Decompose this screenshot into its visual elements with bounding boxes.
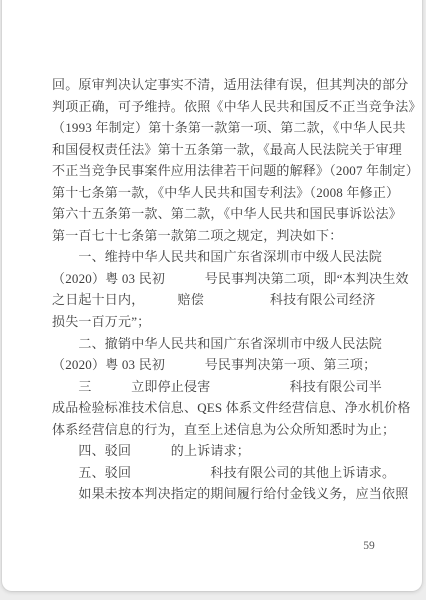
judgment-line: 成品检验标准技术信息、QES 体系文件经营信息、净水机价格	[52, 397, 398, 419]
judgment-line: （2020）粤 03 民初 号民事判决第一项、第三项；	[52, 354, 398, 376]
judgment-line-item-3: 三 立即停止侵害 科技有限公司半	[52, 376, 398, 398]
judgment-line: 体系经营信息的行为，直至上述信息为公众所知悉时为止；	[52, 419, 398, 441]
judgment-line-item-4: 四、驳回 的上诉请求；	[52, 440, 398, 462]
judgment-page: 回。原审判决认定事实不清，适用法律有误，但其判决的部分 判项正确，可予维持。依照…	[2, 0, 422, 591]
page-number: 59	[354, 540, 384, 552]
judgment-line: 之日起十日内， 赔偿 科技有限公司经济	[52, 289, 398, 311]
judgment-line: 和国侵权责任法》第十五条第一款，《最高人民法院关于审理	[52, 139, 398, 161]
judgment-line-item-5: 五、驳回 科技有限公司的其他上诉请求。	[52, 462, 398, 484]
scanned-document-view: 回。原审判决认定事实不清，适用法律有误，但其判决的部分 判项正确，可予维持。依照…	[0, 0, 426, 600]
judgment-line: 第六十五条第一款、第二款，《中华人民共和国民事诉讼法》	[52, 203, 398, 225]
judgment-line: 不正当竞争民事案件应用法律若干问题的解释》（2007 年制定）	[52, 160, 398, 182]
judgment-line-item-2: 二、撤销中华人民共和国广东省深圳市中级人民法院	[52, 333, 398, 355]
judgment-line: 损失一百万元”；	[52, 311, 398, 333]
judgment-line-item-1: 一、维持中华人民共和国广东省深圳市中级人民法院	[52, 246, 398, 268]
judgment-line: 如果未按本判决指定的期间履行给付金钱义务，应当依照	[52, 483, 398, 505]
judgment-line: 第一百七十七条第一款第二项之规定，判决如下：	[52, 225, 398, 247]
judgment-line: 第十七条第一款，《中华人民共和国专利法》（2008 年修正）	[52, 182, 398, 204]
judgment-text-block: 回。原审判决认定事实不清，适用法律有误，但其判决的部分 判项正确，可予维持。依照…	[52, 74, 398, 505]
judgment-line: （1993 年制定）第十条第一款第一项、第二款，《中华人民共	[52, 117, 398, 139]
judgment-line: 判项正确，可予维持。依照《中华人民共和国反不正当竞争法》	[52, 96, 398, 118]
judgment-line: 回。原审判决认定事实不清，适用法律有误，但其判决的部分	[52, 74, 398, 96]
judgment-line: （2020）粤 03 民初 号民事判决第二项，即“本判决生效	[52, 268, 398, 290]
